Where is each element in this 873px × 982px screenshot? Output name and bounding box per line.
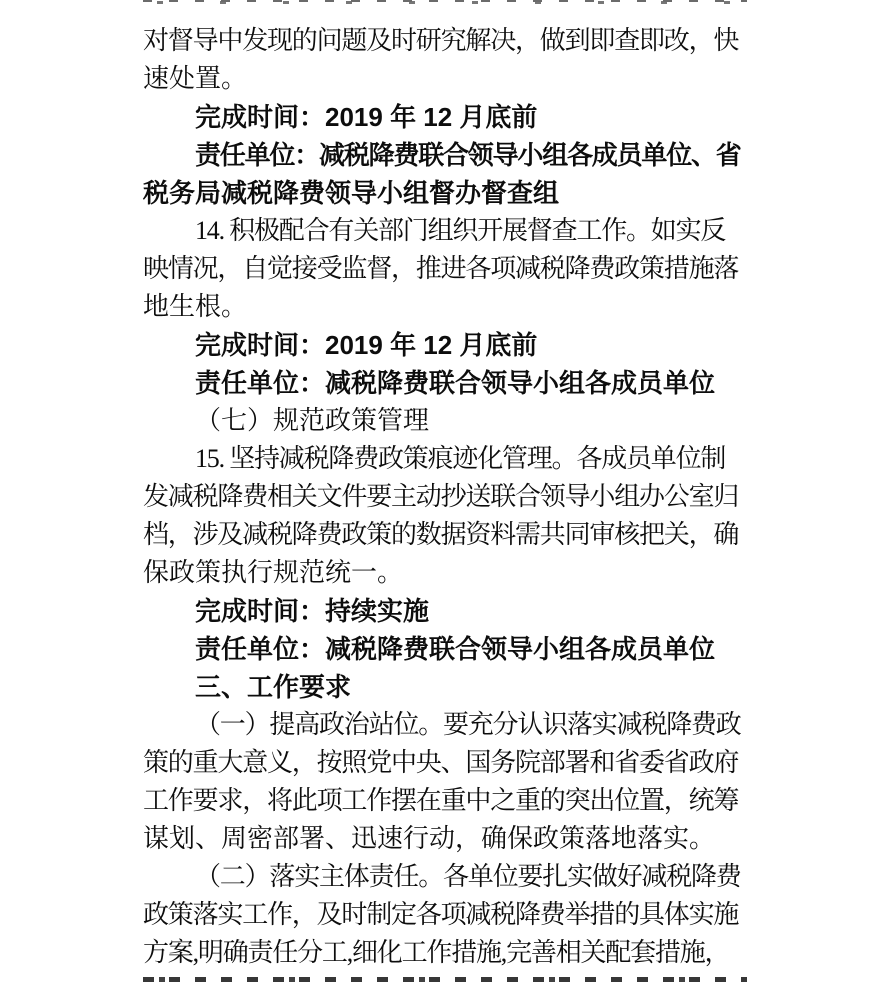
text-line: 映情况，自觉接受监督，推进各项减税降费政策措施落 [143, 250, 783, 288]
text-line: 完成时间：2019 年 12 月底前 [143, 98, 783, 136]
text-line: 政策落实工作，及时制定各项减税降费举措的具体实施 [143, 896, 783, 934]
text-line: 15. 坚持减税降费政策痕迹化管理。各成员单位制 [143, 440, 783, 478]
text-line: 工作要求，将此项工作摆在重中之重的突出位置，统筹 [143, 782, 783, 820]
text-line: 责任单位：减税降费联合领导小组各成员单位 [143, 630, 783, 668]
text-line: 三、工作要求 [143, 668, 783, 706]
document-page: 对督导中发现的问题及时研究解决，做到即查即改，快速处置。完成时间：2019 年 … [0, 0, 873, 982]
text-line: 对督导中发现的问题及时研究解决，做到即查即改，快 [143, 22, 783, 60]
text-line: 税务局减税降费领导小组督办督查组 [143, 174, 783, 212]
text-line: （二）落实主体责任。各单位要扎实做好减税降费 [143, 858, 783, 896]
text-line: 谋划、周密部署、迅速行动，确保政策落地落实。 [143, 820, 783, 858]
text-line: 速处置。 [143, 60, 783, 98]
text-line: 地生根。 [143, 288, 783, 326]
text-line: 方案,明确责任分工,细化工作措施,完善相关配套措施， [143, 934, 783, 972]
text-line: （七）规范政策管理 [143, 402, 783, 440]
text-line: （一）提高政治站位。要充分认识落实减税降费政 [143, 706, 783, 744]
clipped-line-bottom [143, 977, 747, 982]
clipped-line-top [143, 0, 747, 4]
text-line: 完成时间：持续实施 [143, 592, 783, 630]
text-line: 责任单位：减税降费联合领导小组各成员单位 [143, 364, 783, 402]
text-line: 发减税降费相关文件要主动抄送联合领导小组办公室归 [143, 478, 783, 516]
text-content: 对督导中发现的问题及时研究解决，做到即查即改，快速处置。完成时间：2019 年 … [143, 22, 783, 972]
text-line: 14. 积极配合有关部门组织开展督查工作。如实反 [143, 212, 783, 250]
text-line: 档，涉及减税降费政策的数据资料需共同审核把关，确 [143, 516, 783, 554]
text-line: 责任单位：减税降费联合领导小组各成员单位、省 [143, 136, 783, 174]
text-line: 保政策执行规范统一。 [143, 554, 783, 592]
text-line: 策的重大意义，按照党中央、国务院部署和省委省政府 [143, 744, 783, 782]
text-line: 完成时间：2019 年 12 月底前 [143, 326, 783, 364]
